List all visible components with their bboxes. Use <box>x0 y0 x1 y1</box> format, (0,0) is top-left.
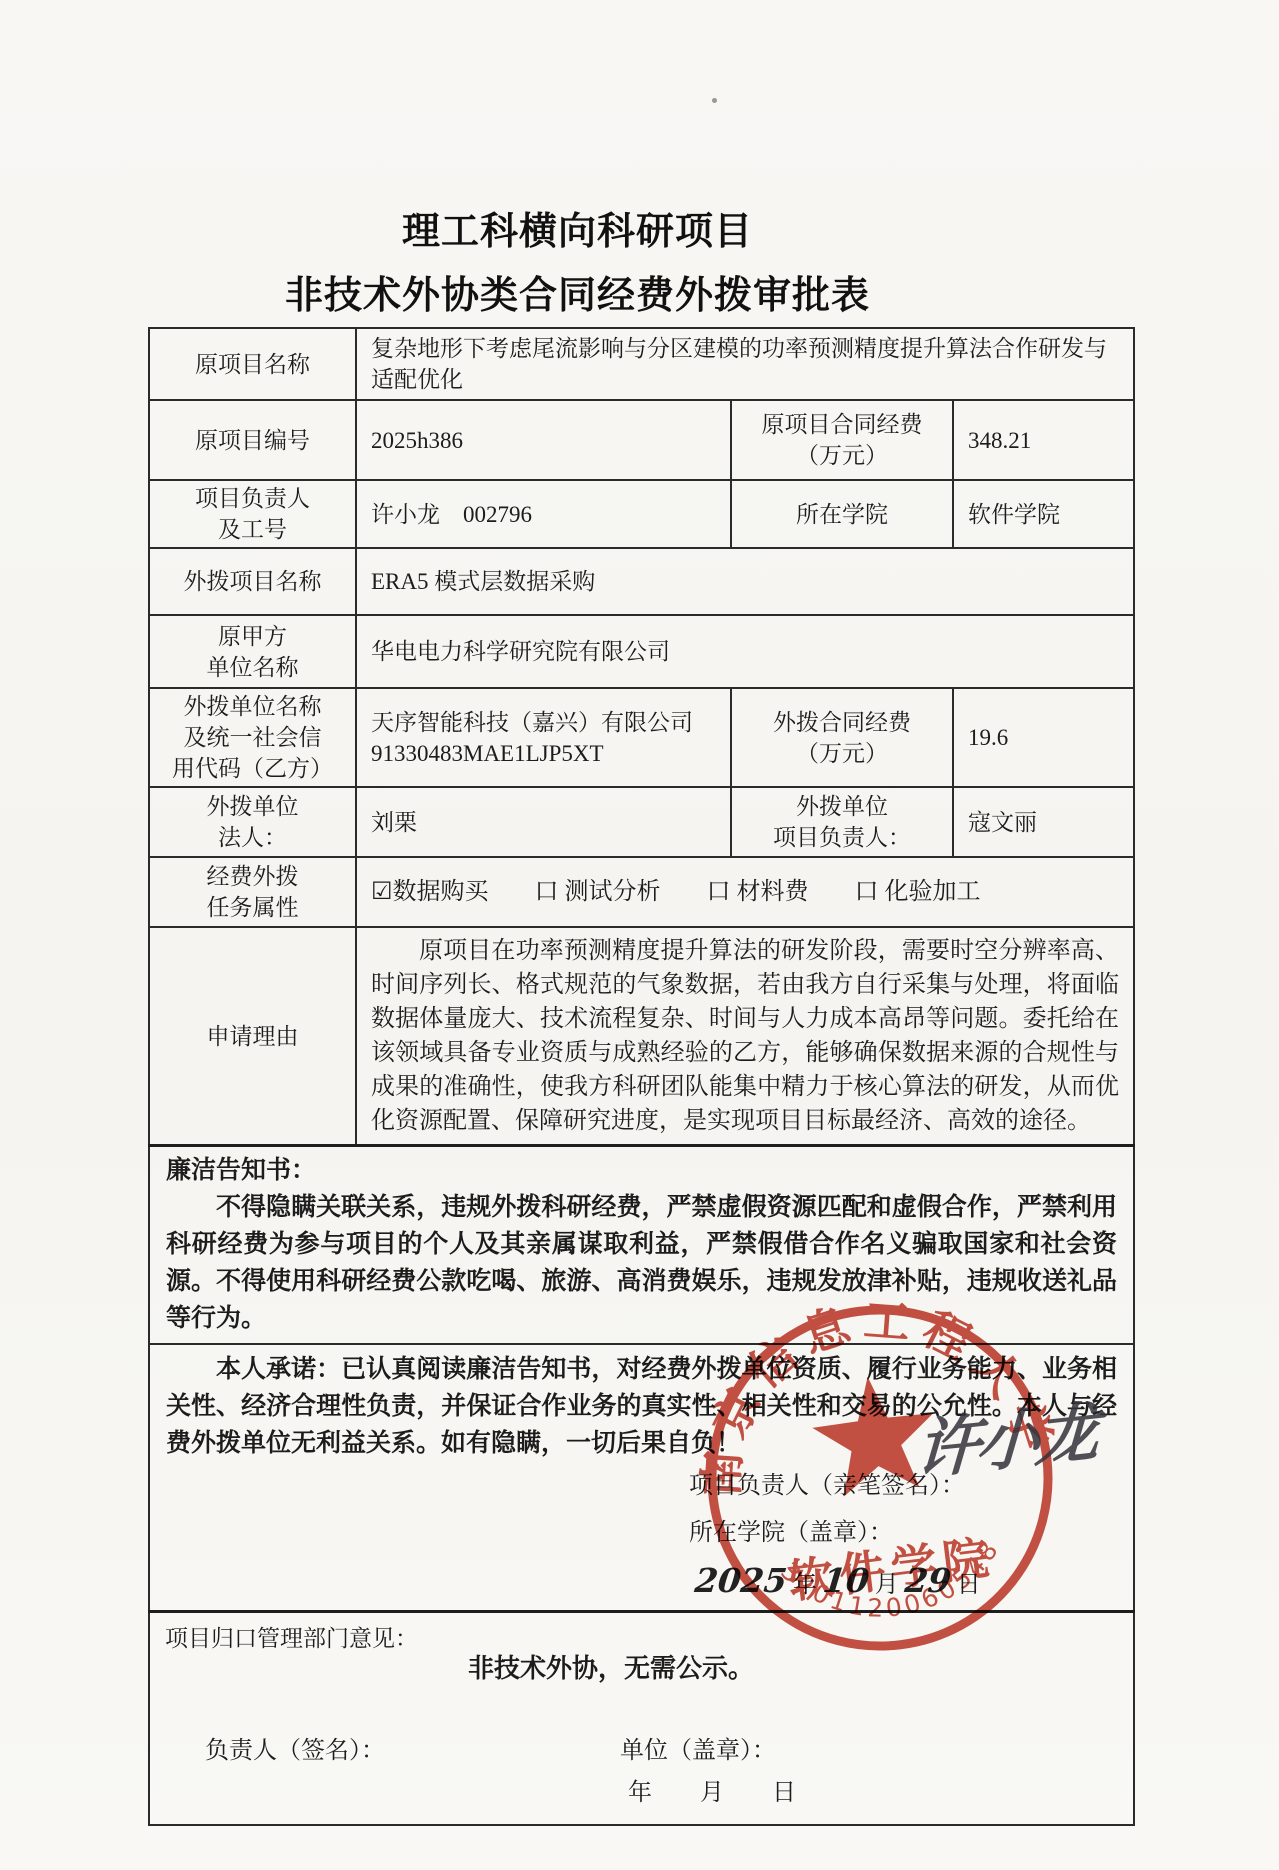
college-stamp-label: 所在学院（盖章）： <box>689 1517 1117 1549</box>
integrity-notice-cell: 廉洁告知书： 不得隐瞒关联关系，违规外拨科研经费，严禁虚假资源匹配和虚假合作，严… <box>149 1146 1134 1345</box>
outbound-legal-person-value: 刘栗 <box>356 787 731 857</box>
scanned-approval-form: { "titles": { "line1": "理工科横向科研项目", "lin… <box>0 0 1279 1870</box>
dept-opinion-cell: 项目归口管理部门意见： 非技术外协，无需公示。 负责人（签名）： 单位（盖章）：… <box>149 1611 1134 1825</box>
application-reason-label: 申请理由 <box>149 927 356 1146</box>
dept-unit-stamp-label: 单位（盖章）： <box>620 1735 776 1767</box>
project-leader-label: 项目负责人 及工号 <box>149 480 356 548</box>
checkbox-data-purchase-checked: ☑数据购买 <box>371 876 489 908</box>
commitment-body: 本人承诺：已认真阅读廉洁告知书，对经费外拨单位资质、履行业务能力、业务相关性、经… <box>166 1351 1117 1462</box>
dept-date-blank: 年 月 日 <box>628 1777 796 1809</box>
row-project-leader: 项目负责人 及工号 许小龙 002796 所在学院 软件学院 <box>149 480 1134 548</box>
outbound-contract-funds-value: 19.6 <box>953 688 1134 787</box>
college-label: 所在学院 <box>731 480 953 548</box>
outbound-unit-value: 天序智能科技（嘉兴）有限公司 91330483MAE1LJP5XT <box>356 688 731 787</box>
row-outbound-project-name: 外拨项目名称 ERA5 模式层数据采购 <box>149 548 1134 615</box>
doc-title-line1: 理工科横向科研项目 <box>85 200 1070 255</box>
original-party-a-label: 原甲方 单位名称 <box>149 615 356 688</box>
outbound-unit-leader-value: 寇文丽 <box>953 787 1134 857</box>
day-unit: 日 <box>957 1572 981 1598</box>
original-party-a-value: 华电电力科学研究院有限公司 <box>356 615 1134 688</box>
original-project-name-value: 复杂地形下考虑尾流影响与分区建模的功率预测精度提升算法合作研发与适配优化 <box>356 328 1134 400</box>
outbound-contract-funds-label: 外拨合同经费 （万元） <box>731 688 953 787</box>
month-unit: 月 <box>875 1572 899 1598</box>
row-application-reason: 申请理由 原项目在功率预测精度提升算法的研发阶段，需要时空分辨率高、时间序列长、… <box>149 927 1134 1146</box>
dept-sign-label: 负责人（签名）： <box>205 1735 385 1767</box>
original-project-number-value: 2025h386 <box>356 400 731 480</box>
row-outbound-unit: 外拨单位名称 及统一社会信 用代码（乙方） 天序智能科技（嘉兴）有限公司 913… <box>149 688 1134 787</box>
dept-opinion-label: 项目归口管理部门意见： <box>165 1623 418 1654</box>
handwritten-year: 2025 <box>693 1559 790 1604</box>
outbound-legal-person-label: 外拨单位 法人： <box>149 787 356 857</box>
scan-artifact-dot <box>712 98 717 103</box>
integrity-notice-title: 廉洁告知书： <box>166 1153 1117 1189</box>
row-original-project-number: 原项目编号 2025h386 原项目合同经费 （万元） 348.21 <box>149 400 1134 480</box>
commitment-cell: 本人承诺：已认真阅读廉洁告知书，对经费外拨单位资质、履行业务能力、业务相关性、经… <box>149 1344 1134 1611</box>
original-project-number-label: 原项目编号 <box>149 400 356 480</box>
checkbox-assay-processing: 口 化验加工 <box>855 876 981 908</box>
application-reason-cell: 原项目在功率预测精度提升算法的研发阶段，需要时空分辨率高、时间序列长、格式规范的… <box>356 927 1134 1146</box>
year-unit: 年 <box>793 1572 817 1598</box>
original-project-name-label: 原项目名称 <box>149 328 356 400</box>
application-reason-text: 原项目在功率预测精度提升算法的研发阶段，需要时空分辨率高、时间序列长、格式规范的… <box>371 934 1119 1138</box>
project-leader-value: 许小龙 002796 <box>356 480 731 548</box>
outbound-project-name-label: 外拨项目名称 <box>149 548 356 615</box>
row-original-project-name: 原项目名称 复杂地形下考虑尾流影响与分区建模的功率预测精度提升算法合作研发与适配… <box>149 328 1134 400</box>
handwritten-day: 29 <box>902 1559 953 1604</box>
checkbox-material-fee: 口 材料费 <box>707 876 809 908</box>
approval-form-table: 原项目名称 复杂地形下考虑尾流影响与分区建模的功率预测精度提升算法合作研发与适配… <box>148 327 1135 1826</box>
row-outbound-legal-person: 外拨单位 法人： 刘栗 外拨单位 项目负责人： 寇文丽 <box>149 787 1134 857</box>
original-contract-funds-label: 原项目合同经费 （万元） <box>731 400 953 480</box>
commitment-date: 2025年10月29日 <box>689 1559 1117 1604</box>
row-integrity-notice: 廉洁告知书： 不得隐瞒关联关系，违规外拨科研经费，严禁虚假资源匹配和虚假合作，严… <box>149 1146 1134 1345</box>
checkbox-test-analysis: 口 测试分析 <box>535 876 661 908</box>
row-original-party-a: 原甲方 单位名称 华电电力科学研究院有限公司 <box>149 615 1134 688</box>
outbound-unit-leader-label: 外拨单位 项目负责人： <box>731 787 953 857</box>
row-dept-opinion: 项目归口管理部门意见： 非技术外协，无需公示。 负责人（签名）： 单位（盖章）：… <box>149 1611 1134 1825</box>
handwritten-month: 10 <box>821 1559 872 1604</box>
integrity-notice-body: 不得隐瞒关联关系，违规外拨科研经费，严禁虚假资源匹配和虚假合作，严禁利用科研经费… <box>166 1189 1117 1337</box>
outbound-project-name-value: ERA5 模式层数据采购 <box>356 548 1134 615</box>
row-commitment: 本人承诺：已认真阅读廉洁告知书，对经费外拨单位资质、履行业务能力、业务相关性、经… <box>149 1344 1134 1611</box>
outbound-unit-label: 外拨单位名称 及统一社会信 用代码（乙方） <box>149 688 356 787</box>
row-task-attribute: 经费外拨 任务属性 ☑数据购买 口 测试分析 口 材料费 口 化验加工 <box>149 857 1134 927</box>
task-attribute-options: ☑数据购买 口 测试分析 口 材料费 口 化验加工 <box>356 857 1134 927</box>
college-value: 软件学院 <box>953 480 1134 548</box>
dept-opinion-text: 非技术外协，无需公示。 <box>468 1651 754 1686</box>
task-attribute-label: 经费外拨 任务属性 <box>149 857 356 927</box>
doc-title-line2: 非技术外协类合同经费外拨审批表 <box>85 264 1070 319</box>
commitment-sign-block: 项目负责人（亲笔签名）： 所在学院（盖章）： 2025年10月29日 <box>689 1470 1117 1603</box>
original-contract-funds-value: 348.21 <box>953 400 1134 480</box>
signer-label: 项目负责人（亲笔签名）： <box>689 1470 1117 1502</box>
